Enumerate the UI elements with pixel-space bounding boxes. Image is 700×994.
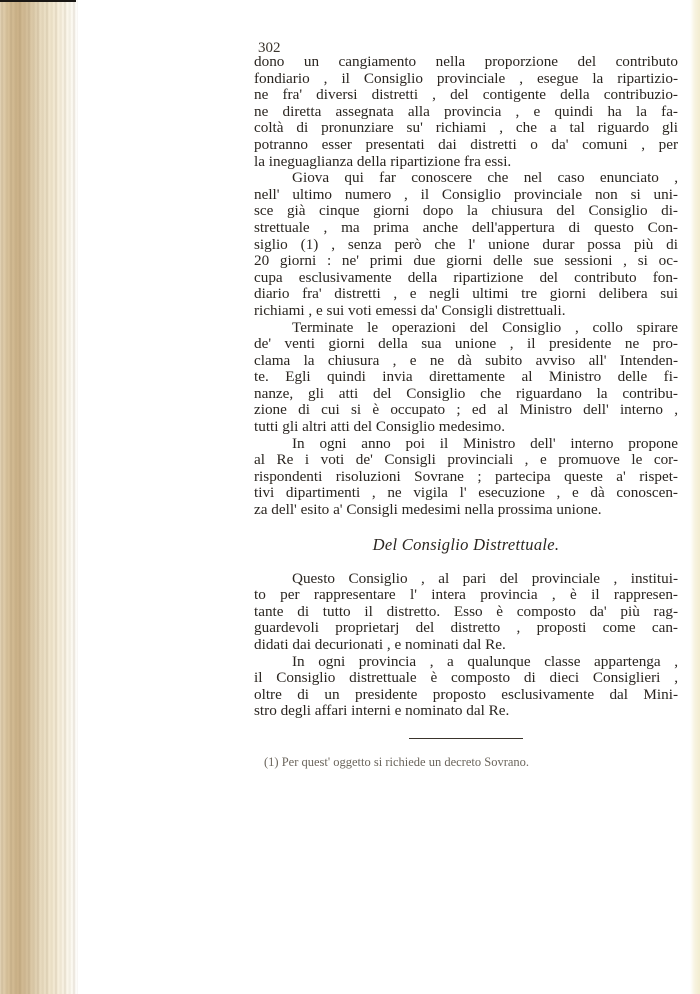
scan-border <box>0 0 76 2</box>
paragraph: In ogni anno poi il Ministro dell' inter… <box>254 436 678 519</box>
footnote: (1) Per quest' oggetto si richiede un de… <box>264 755 678 769</box>
text-line: nanze, gli atti del Consiglio che riguar… <box>254 386 678 403</box>
text-line: de' venti giorni della sua unione , il p… <box>254 336 678 353</box>
text-line: didati dai decurionati , e nominati dal … <box>254 637 678 654</box>
right-page-edge <box>690 0 700 994</box>
text-line: ne fra' diversi distretti , del contigen… <box>254 87 678 104</box>
text-line: Terminate le operazioni del Consiglio , … <box>254 320 678 337</box>
text-line: clama la chiusura , e ne dà subito avvis… <box>254 353 678 370</box>
text-line: zione di cui si è occupato ; ed al Minis… <box>254 402 678 419</box>
section-text: Questo Consiglio , al pari del provincia… <box>254 571 678 720</box>
book-page: 302 dono un cangiamento nella proporzion… <box>254 40 678 769</box>
footnote-separator <box>409 738 523 740</box>
body-text: dono un cangiamento nella proporzione de… <box>254 54 678 519</box>
text-line: siglio (1) , senza però che l' unione du… <box>254 237 678 254</box>
text-line: fondiario , il Consiglio provinciale , e… <box>254 71 678 88</box>
text-line: nell' ultimo numero , il Consiglio provi… <box>254 187 678 204</box>
text-line: za dell' esito a' Consigli medesimi nell… <box>254 502 678 519</box>
text-line: cupa esclusivamente della ripartizione d… <box>254 270 678 287</box>
text-line: il Consiglio distrettuale è composto di … <box>254 670 678 687</box>
text-line: stro degli affari interni e nominato dal… <box>254 703 678 720</box>
paragraph: dono un cangiamento nella proporzione de… <box>254 54 678 170</box>
paragraph: In ogni provincia , a qualunque classe a… <box>254 654 678 720</box>
paragraph: Terminate le operazioni del Consiglio , … <box>254 320 678 436</box>
text-line: diario fra' distretti , e negli ultimi t… <box>254 286 678 303</box>
text-line: oltre di un presidente proposto esclusiv… <box>254 687 678 704</box>
text-line: Questo Consiglio , al pari del provincia… <box>254 571 678 588</box>
text-line: ne diretta assegnata alla provincia , e … <box>254 104 678 121</box>
text-line: 20 giorni : ne' primi due giorni delle s… <box>254 253 678 270</box>
text-line: te. Egli quindi invia direttamente al Mi… <box>254 369 678 386</box>
text-line: la ineguaglianza della ripartizione fra … <box>254 154 678 171</box>
text-line: al Re i voti de' Consigli provinciali , … <box>254 452 678 469</box>
text-line: strettuale , ma prima anche dell'appertu… <box>254 220 678 237</box>
text-line: Giova qui far conoscere che nel caso enu… <box>254 170 678 187</box>
text-line: In ogni anno poi il Ministro dell' inter… <box>254 436 678 453</box>
text-line: dono un cangiamento nella proporzione de… <box>254 54 678 71</box>
text-line: In ogni provincia , a qualunque classe a… <box>254 654 678 671</box>
paragraph: Giova qui far conoscere che nel caso enu… <box>254 170 678 319</box>
book-page-edges <box>0 0 78 994</box>
text-line: sce già cinque giorni dopo la chiusura d… <box>254 203 678 220</box>
paragraph: Questo Consiglio , al pari del provincia… <box>254 571 678 654</box>
text-line: rispondenti risoluzioni Sovrane ; partec… <box>254 469 678 486</box>
text-line: tante di tutto il distretto. Esso è comp… <box>254 604 678 621</box>
text-line: richiami , e sui voti emessi da' Consigl… <box>254 303 678 320</box>
text-line: tutti gli altri atti del Consiglio medes… <box>254 419 678 436</box>
text-line: potranno esser presentati dai distretti … <box>254 137 678 154</box>
text-line: to per rappresentare l' intera provincia… <box>254 587 678 604</box>
text-line: guardevoli proprietarj del distretto , p… <box>254 620 678 637</box>
section-heading: Del Consiglio Distrettuale. <box>254 536 678 554</box>
text-line: tivi dipartimenti , ne vigila l' esecuzi… <box>254 485 678 502</box>
text-line: coltà di pronunziare su' richiami , che … <box>254 120 678 137</box>
